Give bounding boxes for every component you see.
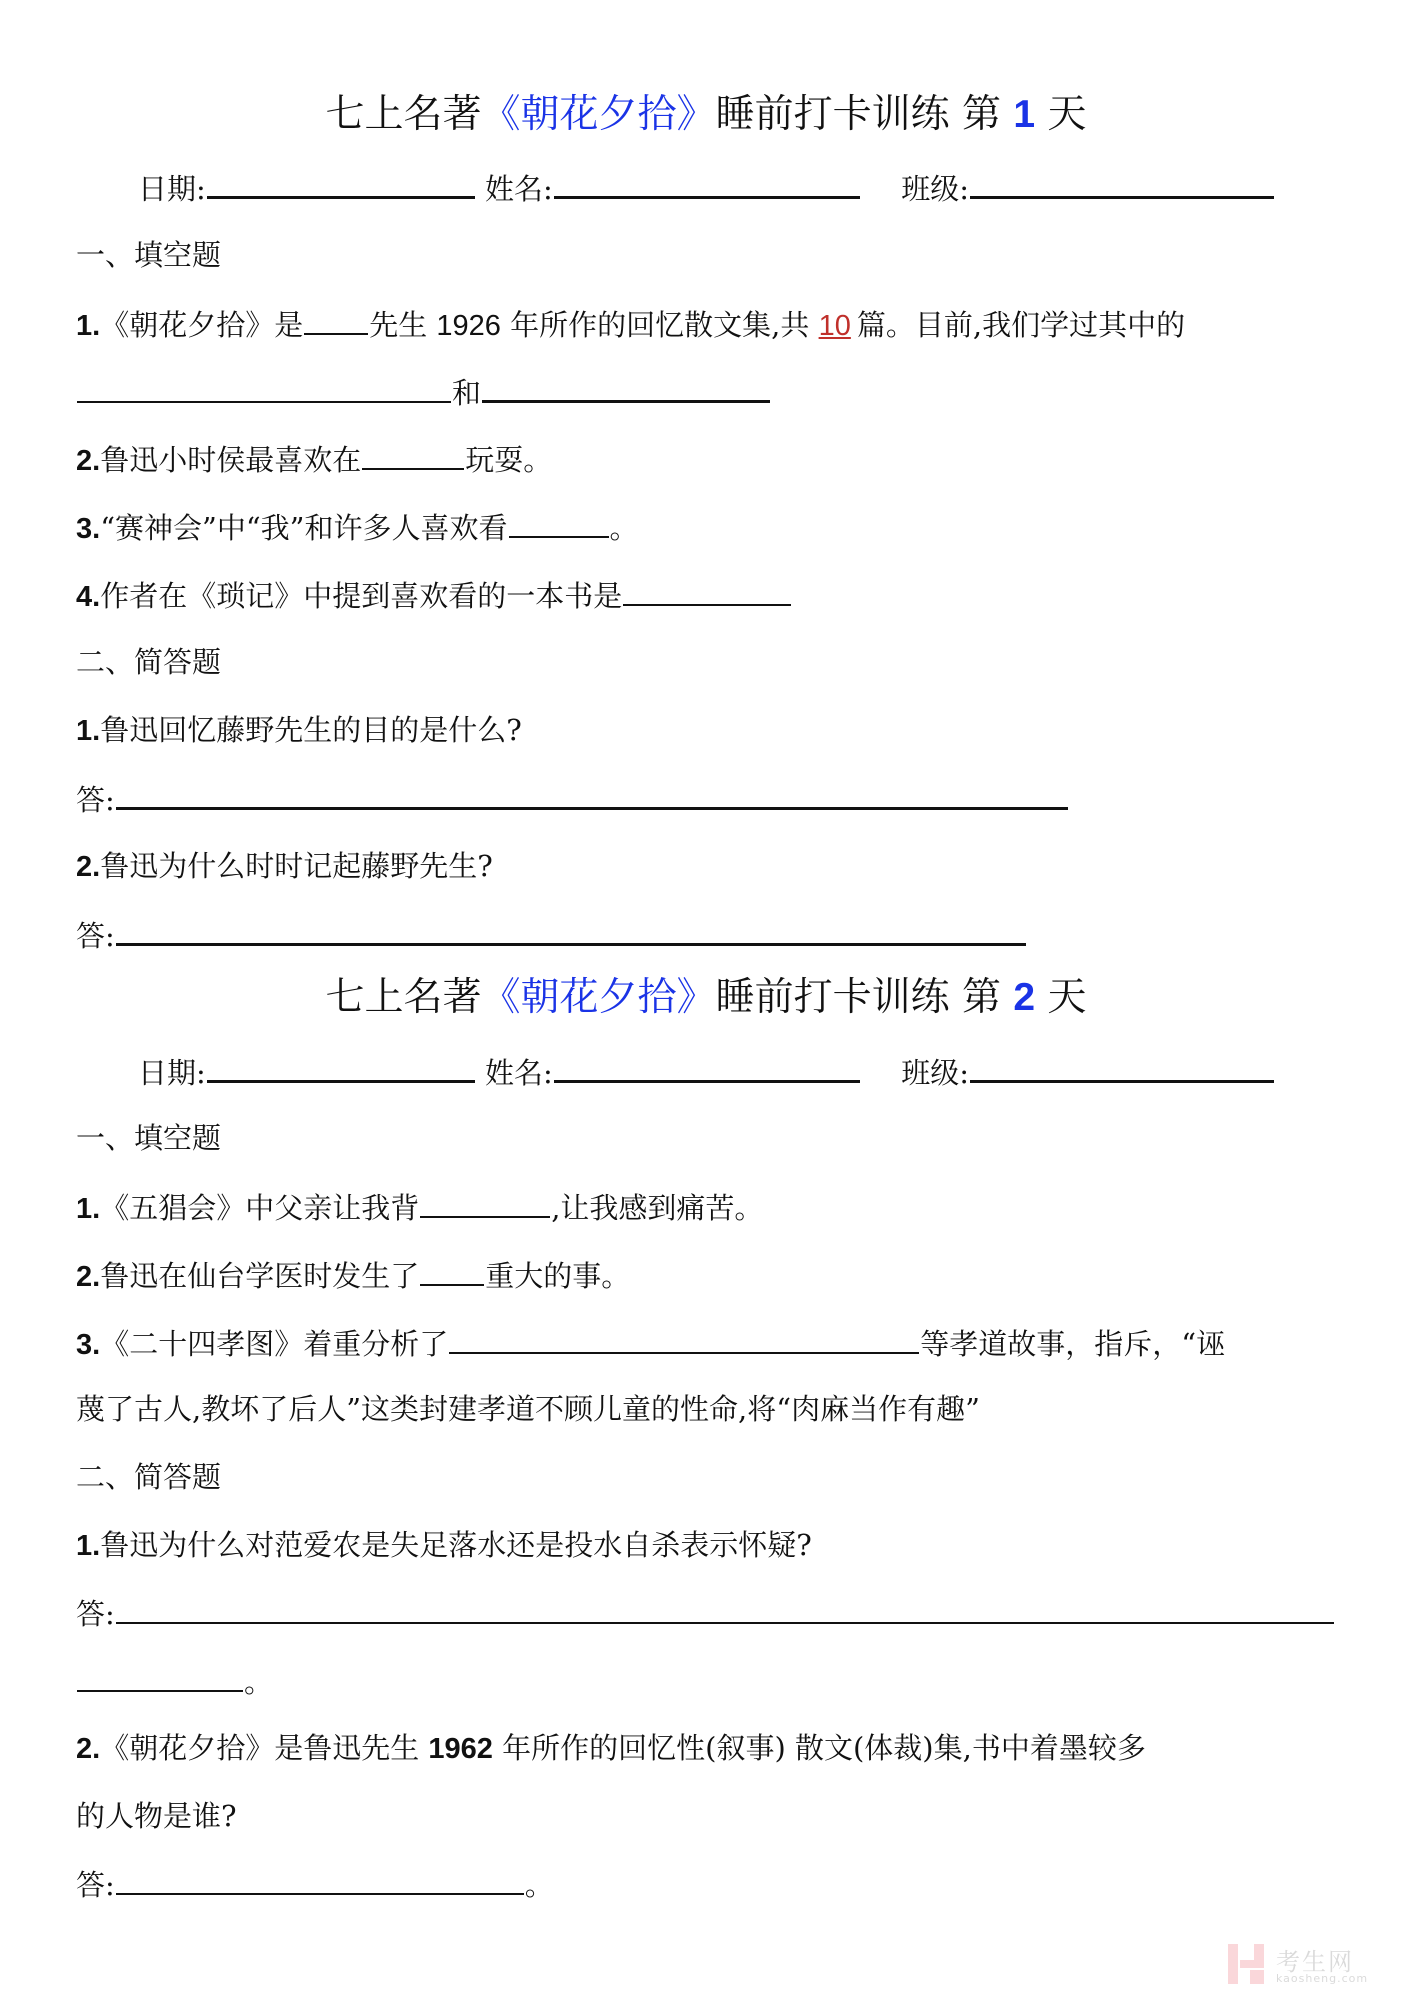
name-field[interactable]: [554, 1050, 860, 1083]
answer-field[interactable]: [116, 913, 1026, 946]
day2-short-a1: 答:: [76, 1592, 1335, 1632]
recite-blank[interactable]: [420, 1186, 550, 1218]
essay-title-blank-2[interactable]: [482, 370, 770, 403]
event-blank[interactable]: [420, 1254, 484, 1286]
day2-short-a1-line2: 。: [76, 1660, 273, 1700]
class-label: 班级:: [901, 172, 969, 206]
day1-section1-heading: 一、填空题: [76, 235, 221, 275]
day2-fill-q2: 2.鲁迅在仙台学医时发生了重大的事。: [76, 1254, 630, 1294]
day1-fill-q2: 2.鲁迅小时侯最喜欢在玩耍。: [76, 438, 552, 478]
kaosheng-watermark: 考生网 kaosheng.com: [1228, 1942, 1398, 1990]
answer-field-continued[interactable]: [77, 1660, 243, 1692]
question-number: 1.: [76, 310, 100, 342]
answer-field[interactable]: [116, 777, 1068, 810]
day1-short-a2: 答:: [76, 913, 1027, 953]
day1-fill-q4: 4.作者在《琐记》中提到喜欢看的一本书是: [76, 574, 792, 614]
day-number: 1: [1013, 93, 1035, 136]
book-title: 《朝花夕拾》: [482, 975, 716, 1020]
day1-fill-q1: 1.《朝花夕拾》是先生 1926 年所作的回忆散文集,共 10篇。目前,我们学过…: [76, 303, 1185, 343]
kaosheng-logo-icon: [1228, 1944, 1266, 1984]
title-prefix: 七上名著: [326, 92, 482, 137]
place-blank[interactable]: [362, 438, 464, 470]
day1-short-q1: 1.鲁迅回忆藤野先生的目的是什么?: [76, 710, 522, 750]
day2-section1-heading: 一、填空题: [76, 1118, 221, 1158]
stories-blank[interactable]: [449, 1322, 919, 1354]
day2-short-q1: 1.鲁迅为什么对范爱农是失足落水还是投水自杀表示怀疑?: [76, 1525, 812, 1565]
day2-fill-q3-line2: 蔑了古人,教坏了后人”这类封建孝道不顾儿童的性命,将“肉麻当作有趣”: [76, 1389, 980, 1429]
answer-label: 答:: [76, 919, 115, 953]
answer-field[interactable]: [116, 1863, 524, 1895]
book-title: 《朝花夕拾》: [482, 92, 716, 137]
author-blank[interactable]: [304, 303, 368, 335]
day1-section2-heading: 二、简答题: [76, 642, 221, 682]
watermark-en: kaosheng.com: [1276, 1972, 1368, 1985]
day2-fill-q1: 1.《五猖会》中父亲让我背,让我感到痛苦。: [76, 1186, 763, 1226]
day1-fill-q1-line2: 和: [76, 370, 771, 410]
day2-title: 七上名著《朝花夕拾》睡前打卡训练 第 2 天: [0, 973, 1412, 1023]
day1-title: 七上名著《朝花夕拾》睡前打卡训练 第 1 天: [0, 90, 1412, 140]
day-number: 2: [1013, 976, 1035, 1019]
day1-short-a1: 答:: [76, 777, 1069, 817]
class-field[interactable]: [970, 166, 1274, 199]
day1-short-q2: 2.鲁迅为什么时时记起藤野先生?: [76, 846, 493, 886]
day1-info-row: 日期: 姓名: 班级:: [138, 166, 1275, 206]
class-field[interactable]: [970, 1050, 1274, 1083]
date-field[interactable]: [207, 1050, 475, 1083]
title-suffix: 天: [1035, 92, 1086, 137]
day2-short-a2: 答:。: [76, 1863, 554, 1903]
day2-fill-q3: 3.《二十四孝图》着重分析了等孝道故事，指斥，“诬: [76, 1322, 1225, 1362]
date-field[interactable]: [207, 166, 475, 199]
day2-info-row: 日期: 姓名: 班级:: [138, 1050, 1275, 1090]
day2-short-q2-line2: 的人物是谁?: [76, 1796, 237, 1836]
answer-count-red: 10: [819, 310, 857, 342]
day2-short-q2: 2.《朝花夕拾》是鲁迅先生 1962 年所作的回忆性(叙事) 散文(体裁)集,书…: [76, 1728, 1146, 1768]
day1-fill-q3: 3.“赛神会”中“我”和许多人喜欢看。: [76, 506, 639, 546]
answer-label: 答:: [76, 783, 115, 817]
watch-blank[interactable]: [509, 506, 609, 538]
name-field[interactable]: [554, 166, 860, 199]
day2-section2-heading: 二、简答题: [76, 1457, 221, 1497]
name-label: 姓名:: [485, 172, 553, 206]
essay-title-blank-1[interactable]: [77, 371, 451, 403]
title-middle: 睡前打卡训练 第: [716, 92, 1014, 137]
book-blank[interactable]: [623, 574, 791, 606]
answer-field[interactable]: [116, 1592, 1334, 1624]
date-label: 日期:: [138, 172, 206, 206]
